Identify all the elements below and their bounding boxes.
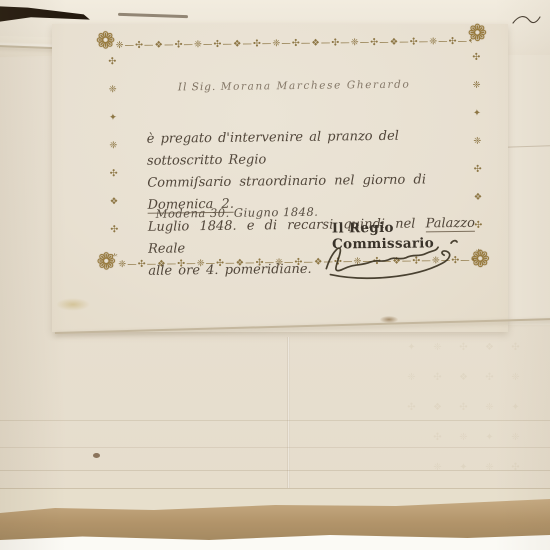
handwritten-fill: Luglio 1848. [148, 219, 237, 235]
signature-icon [320, 233, 461, 283]
body-line: è pregato d'intervenire al pranzo del so… [147, 125, 476, 173]
body-text: Reale [148, 241, 185, 256]
paper-stain [380, 316, 398, 323]
pen-mark-icon [510, 12, 544, 28]
photograph-of-document: ✣ ❈ ✦ ❈ ✣ ❖ ✣ ❈ ✦ ❈ ✣ ❖ ✣ ❈ ✦ ❈ ✣ ❖ ✣ ❈ … [0, 0, 550, 550]
corner-rosette-icon: ❁ [463, 20, 491, 48]
underlying-paper-right [502, 55, 550, 325]
recipient-prefix: Il Sig. [178, 81, 217, 93]
date-line: Modena 30. Giugno 1848. [156, 205, 319, 221]
invitation-document: ❈—✣—❖—✣—❈—✣—❖—✣—❈—✣—❖—✣—❈—✣—❖—✣—❈—✣—❖—✣—… [93, 26, 496, 293]
corner-rosette-icon: ❁ [92, 248, 120, 276]
corner-rosette-icon: ❁ [91, 27, 119, 55]
recipient-name: Morana Marchese Gherardo [221, 79, 411, 93]
paper-stain [56, 298, 90, 311]
recipient-line: Il Sig. Morana Marchese Gherardo [114, 78, 474, 94]
ornate-border-top: ❈—✣—❖—✣—❈—✣—❖—✣—❈—✣—❖—✣—❈—✣—❖—✣—❈—✣—❖—✣—… [116, 34, 472, 55]
vertical-fold-crease [287, 337, 290, 507]
body-text: Commiſsario straordinario nel giorno di [147, 172, 426, 190]
paper-speck [93, 453, 100, 458]
ornament-bleed-through: ✣ ❈ ✦ ❈ ✣ ❖ ✣ ❈ ✦ ❈ ✣ ❖ ✣ ❈ ✦ ❈ ✣ ❖ ✣ ❈ … [398, 342, 528, 502]
